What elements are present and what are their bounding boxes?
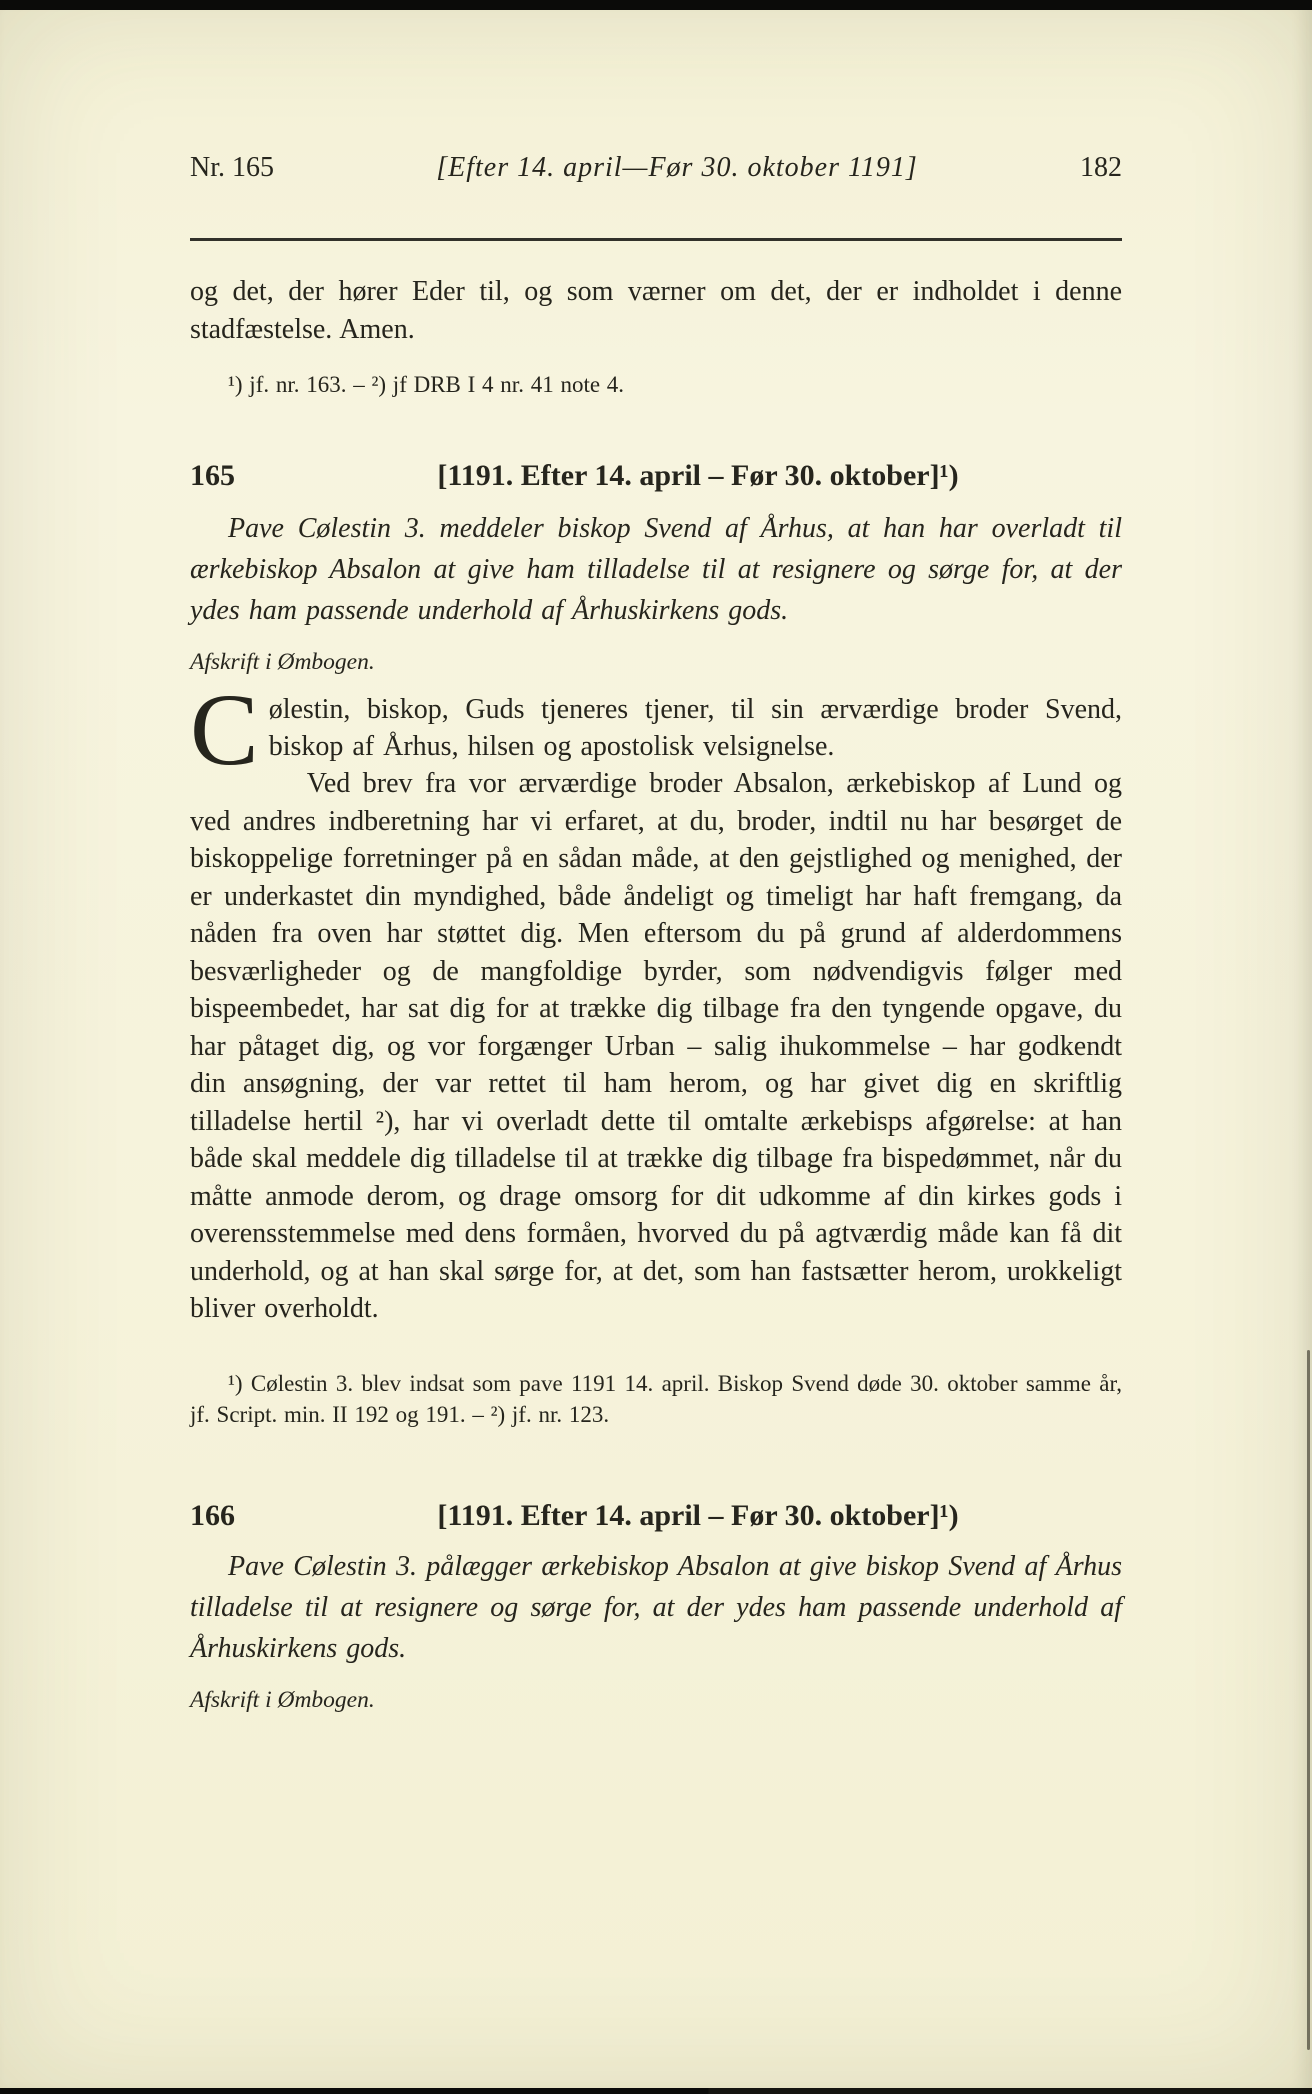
page-content: Nr. 165 [Efter 14. april—Før 30. oktober… [190,0,1122,1715]
entry-165-letter-opening: Cølestin, biskop, Guds tjeneres tjener, … [190,691,1122,765]
scan-right-edge-line [1307,1350,1310,2050]
entry-166-number: 166 [190,1496,235,1536]
entry-166-summary: Pave Cølestin 3. pålægger ærkebiskop Abs… [190,1546,1122,1669]
previous-entry-text: og det, der hører Eder til, og som værne… [190,273,1122,349]
entry-165-footnotes: ¹) Cølestin 3. blev indsat som pave 1191… [190,1368,1122,1430]
entry-165-source: Afskrift i Ømbogen. [190,647,1122,677]
page-number: 182 [1080,150,1122,186]
entry-166-heading: 166 [1191. Efter 14. april – Før 30. okt… [190,1496,1122,1536]
scanned-book-page: Nr. 165 [Efter 14. april—Før 30. oktober… [0,0,1312,2094]
scan-bottom-edge [0,2088,1312,2094]
entry-165-letter-body: Ved brev fra vor ærværdige broder Absalo… [190,765,1122,1328]
entry-165-salutation: ølestin, biskop, Guds tjeneres tjener, t… [269,694,1122,762]
running-header: Nr. 165 [Efter 14. april—Før 30. oktober… [190,150,1122,241]
header-entry-number: Nr. 165 [190,150,274,186]
entry-165-summary: Pave Cølestin 3. meddeler biskop Svend a… [190,508,1122,631]
entry-165-date-heading: [1191. Efter 14. april – Før 30. oktober… [232,456,1164,496]
entry-165-heading: 165 [1191. Efter 14. april – Før 30. okt… [190,456,1122,496]
entry-165: 165 [1191. Efter 14. april – Før 30. okt… [190,456,1122,1430]
header-date-range: [Efter 14. april—Før 30. oktober 1191] [274,150,1080,186]
entry-165-number: 165 [190,456,235,496]
previous-entry-footnotes: ¹) jf. nr. 163. – ²) jf DRB I 4 nr. 41 n… [190,369,1122,400]
entry-166: 166 [1191. Efter 14. april – Før 30. okt… [190,1496,1122,1715]
drop-cap-initial: C [190,691,269,767]
entry-166-source: Afskrift i Ømbogen. [190,1685,1122,1715]
entry-166-date-heading: [1191. Efter 14. april – Før 30. oktober… [232,1496,1164,1536]
